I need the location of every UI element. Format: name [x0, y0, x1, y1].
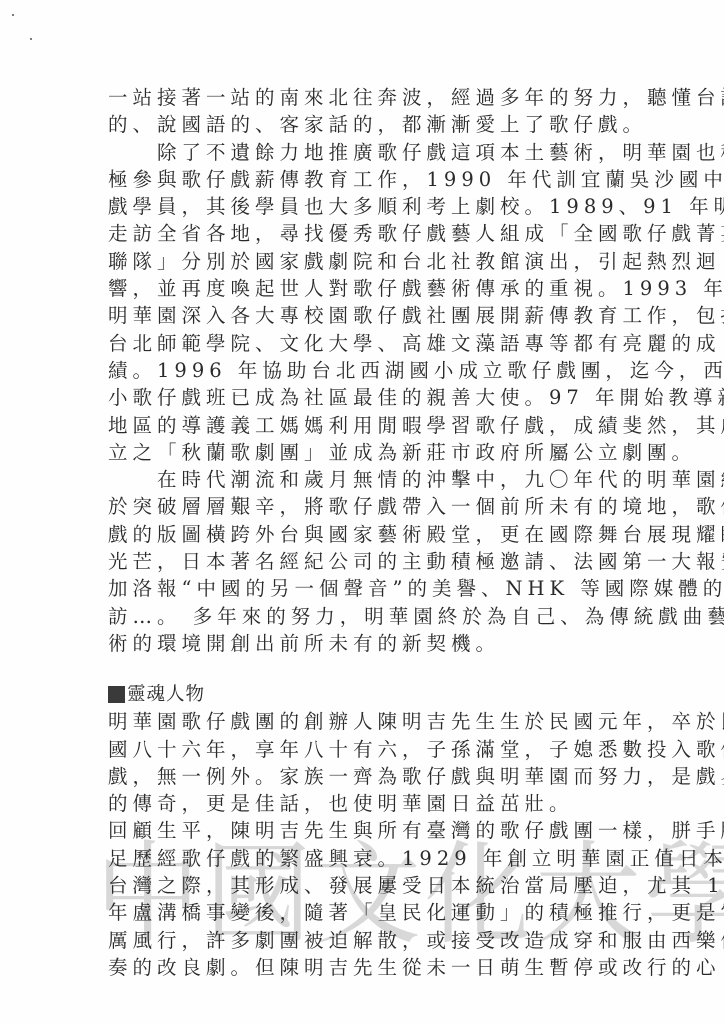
text-line: 極參與歌仔戲薪傳教育工作，1990 年代訓宜蘭吳沙國中歌仔 [108, 166, 628, 193]
section-spacer [108, 657, 628, 681]
text-line: 足歷經歌仔戲的繁盛興衰。1929 年創立明華園正值日本統治 [108, 845, 628, 872]
text-line: 小歌仔戲班已成為社區最佳的親善大使。97 年開始教導新莊 [108, 384, 628, 411]
document-body: 一站接著一站的南來北往奔波，經過多年的努力，聽懂台語 的、說國語的、客家話的，都… [108, 84, 628, 981]
text-line: 台灣之際，其形成、發展屢受日本統治當局壓迫，尤其 1937 [108, 872, 628, 899]
text-line: 戲學員，其後學員也大多順利考上劇校。1989、91 年明華園 [108, 193, 628, 220]
text-line: 在時代潮流和歲月無情的沖擊中，九〇年代的明華園終 [108, 466, 628, 493]
text-line: 回顧生平，陳明吉先生與所有臺灣的歌仔戲團一樣，胼手胝 [108, 817, 628, 844]
text-line: 訪…。 多年來的努力，明華園終於為自己、為傳統戲曲藝 [108, 603, 628, 630]
paragraph-4: 明華園歌仔戲團的創辦人陳明吉先生生於民國元年，卒於民 國八十六年，享年八十有六，… [108, 708, 628, 817]
scan-speck [12, 14, 14, 16]
black-square-bullet-icon [108, 686, 125, 703]
paragraph-3: 在時代潮流和歲月無情的沖擊中，九〇年代的明華園終 於突破層層艱辛，將歌仔戲帶入一… [108, 466, 628, 657]
text-line: 國八十六年，享年八十有六，子孫滿堂，子媳悉數投入歌仔 [108, 736, 628, 763]
text-line: 地區的導護義工媽媽利用閒暇學習歌仔戲，成績斐然，其成 [108, 412, 628, 439]
section-heading: 靈魂人物 [108, 681, 628, 708]
text-line: 響，並再度喚起世人對歌仔戲藝術傳承的重視。1993 年起， [108, 275, 628, 302]
text-line: 走訪全省各地，尋找優秀歌仔戲藝人組成「全國歌仔戲菁英 [108, 220, 628, 247]
text-line: 明華園歌仔戲團的創辦人陳明吉先生生於民國元年，卒於民 [108, 708, 628, 735]
scanned-page: 中國文化大學 一站接著一站的南來北往奔波，經過多年的努力，聽懂台語 的、說國語的… [0, 0, 724, 1024]
text-line: 的傳奇，更是佳話，也使明華園日益茁壯。 [108, 790, 628, 817]
text-line: 績。1996 年協助台北西湖國小成立歌仔戲團，迄今，西湖國 [108, 357, 628, 384]
text-line: 的、說國語的、客家話的，都漸漸愛上了歌仔戲。 [108, 111, 628, 138]
text-line: 聯隊」分別於國家戲劇院和台北社教館演出，引起熱烈迴 [108, 248, 628, 275]
text-line: 加洛報“中國的另一個聲音”的美譽、NHK 等國際媒體的專 [108, 575, 628, 602]
text-line: 厲風行，許多劇團被迫解散，或接受改造成穿和服由西樂伴 [108, 927, 628, 954]
text-line: 於突破層層艱辛，將歌仔戲帶入一個前所未有的境地，歌仔 [108, 493, 628, 520]
text-line: 明華園深入各大專校園歌仔戲社團展開薪傳教育工作，包括 [108, 302, 628, 329]
text-line: 一站接著一站的南來北往奔波，經過多年的努力，聽懂台語 [108, 84, 628, 111]
section-heading-text: 靈魂人物 [127, 681, 205, 708]
text-line: 光芒，日本著名經紀公司的主動積極邀請、法國第一大報費 [108, 548, 628, 575]
text-line: 立之「秋蘭歌劇團」並成為新莊市政府所屬公立劇團。 [108, 439, 628, 466]
paragraph-5: 回顧生平，陳明吉先生與所有臺灣的歌仔戲團一樣，胼手胝 足歷經歌仔戲的繁盛興衰。1… [108, 817, 628, 981]
text-line: 台北師範學院、文化大學、高雄文藻語專等都有亮麗的成 [108, 330, 628, 357]
scan-speck [30, 38, 32, 40]
text-line: 年盧溝橋事變後，隨著「皇民化運動」的積極推行，更是雷 [108, 899, 628, 926]
text-line: 除了不遺餘力地推廣歌仔戲這項本土藝術，明華園也積 [108, 139, 628, 166]
text-line: 奏的改良劇。但陳明吉先生從未一日萌生暫停或改行的心 [108, 954, 628, 981]
paragraph-1: 一站接著一站的南來北往奔波，經過多年的努力，聽懂台語 的、說國語的、客家話的，都… [108, 84, 628, 139]
text-line: 戲，無一例外。家族一齊為歌仔戲與明華園而努力，是戲界 [108, 763, 628, 790]
text-line: 戲的版圖橫跨外台與國家藝術殿堂，更在國際舞台展現耀眼 [108, 521, 628, 548]
paragraph-2: 除了不遺餘力地推廣歌仔戲這項本土藝術，明華園也積 極參與歌仔戲薪傳教育工作，19… [108, 139, 628, 467]
text-line: 術的環境開創出前所未有的新契機。 [108, 630, 628, 657]
